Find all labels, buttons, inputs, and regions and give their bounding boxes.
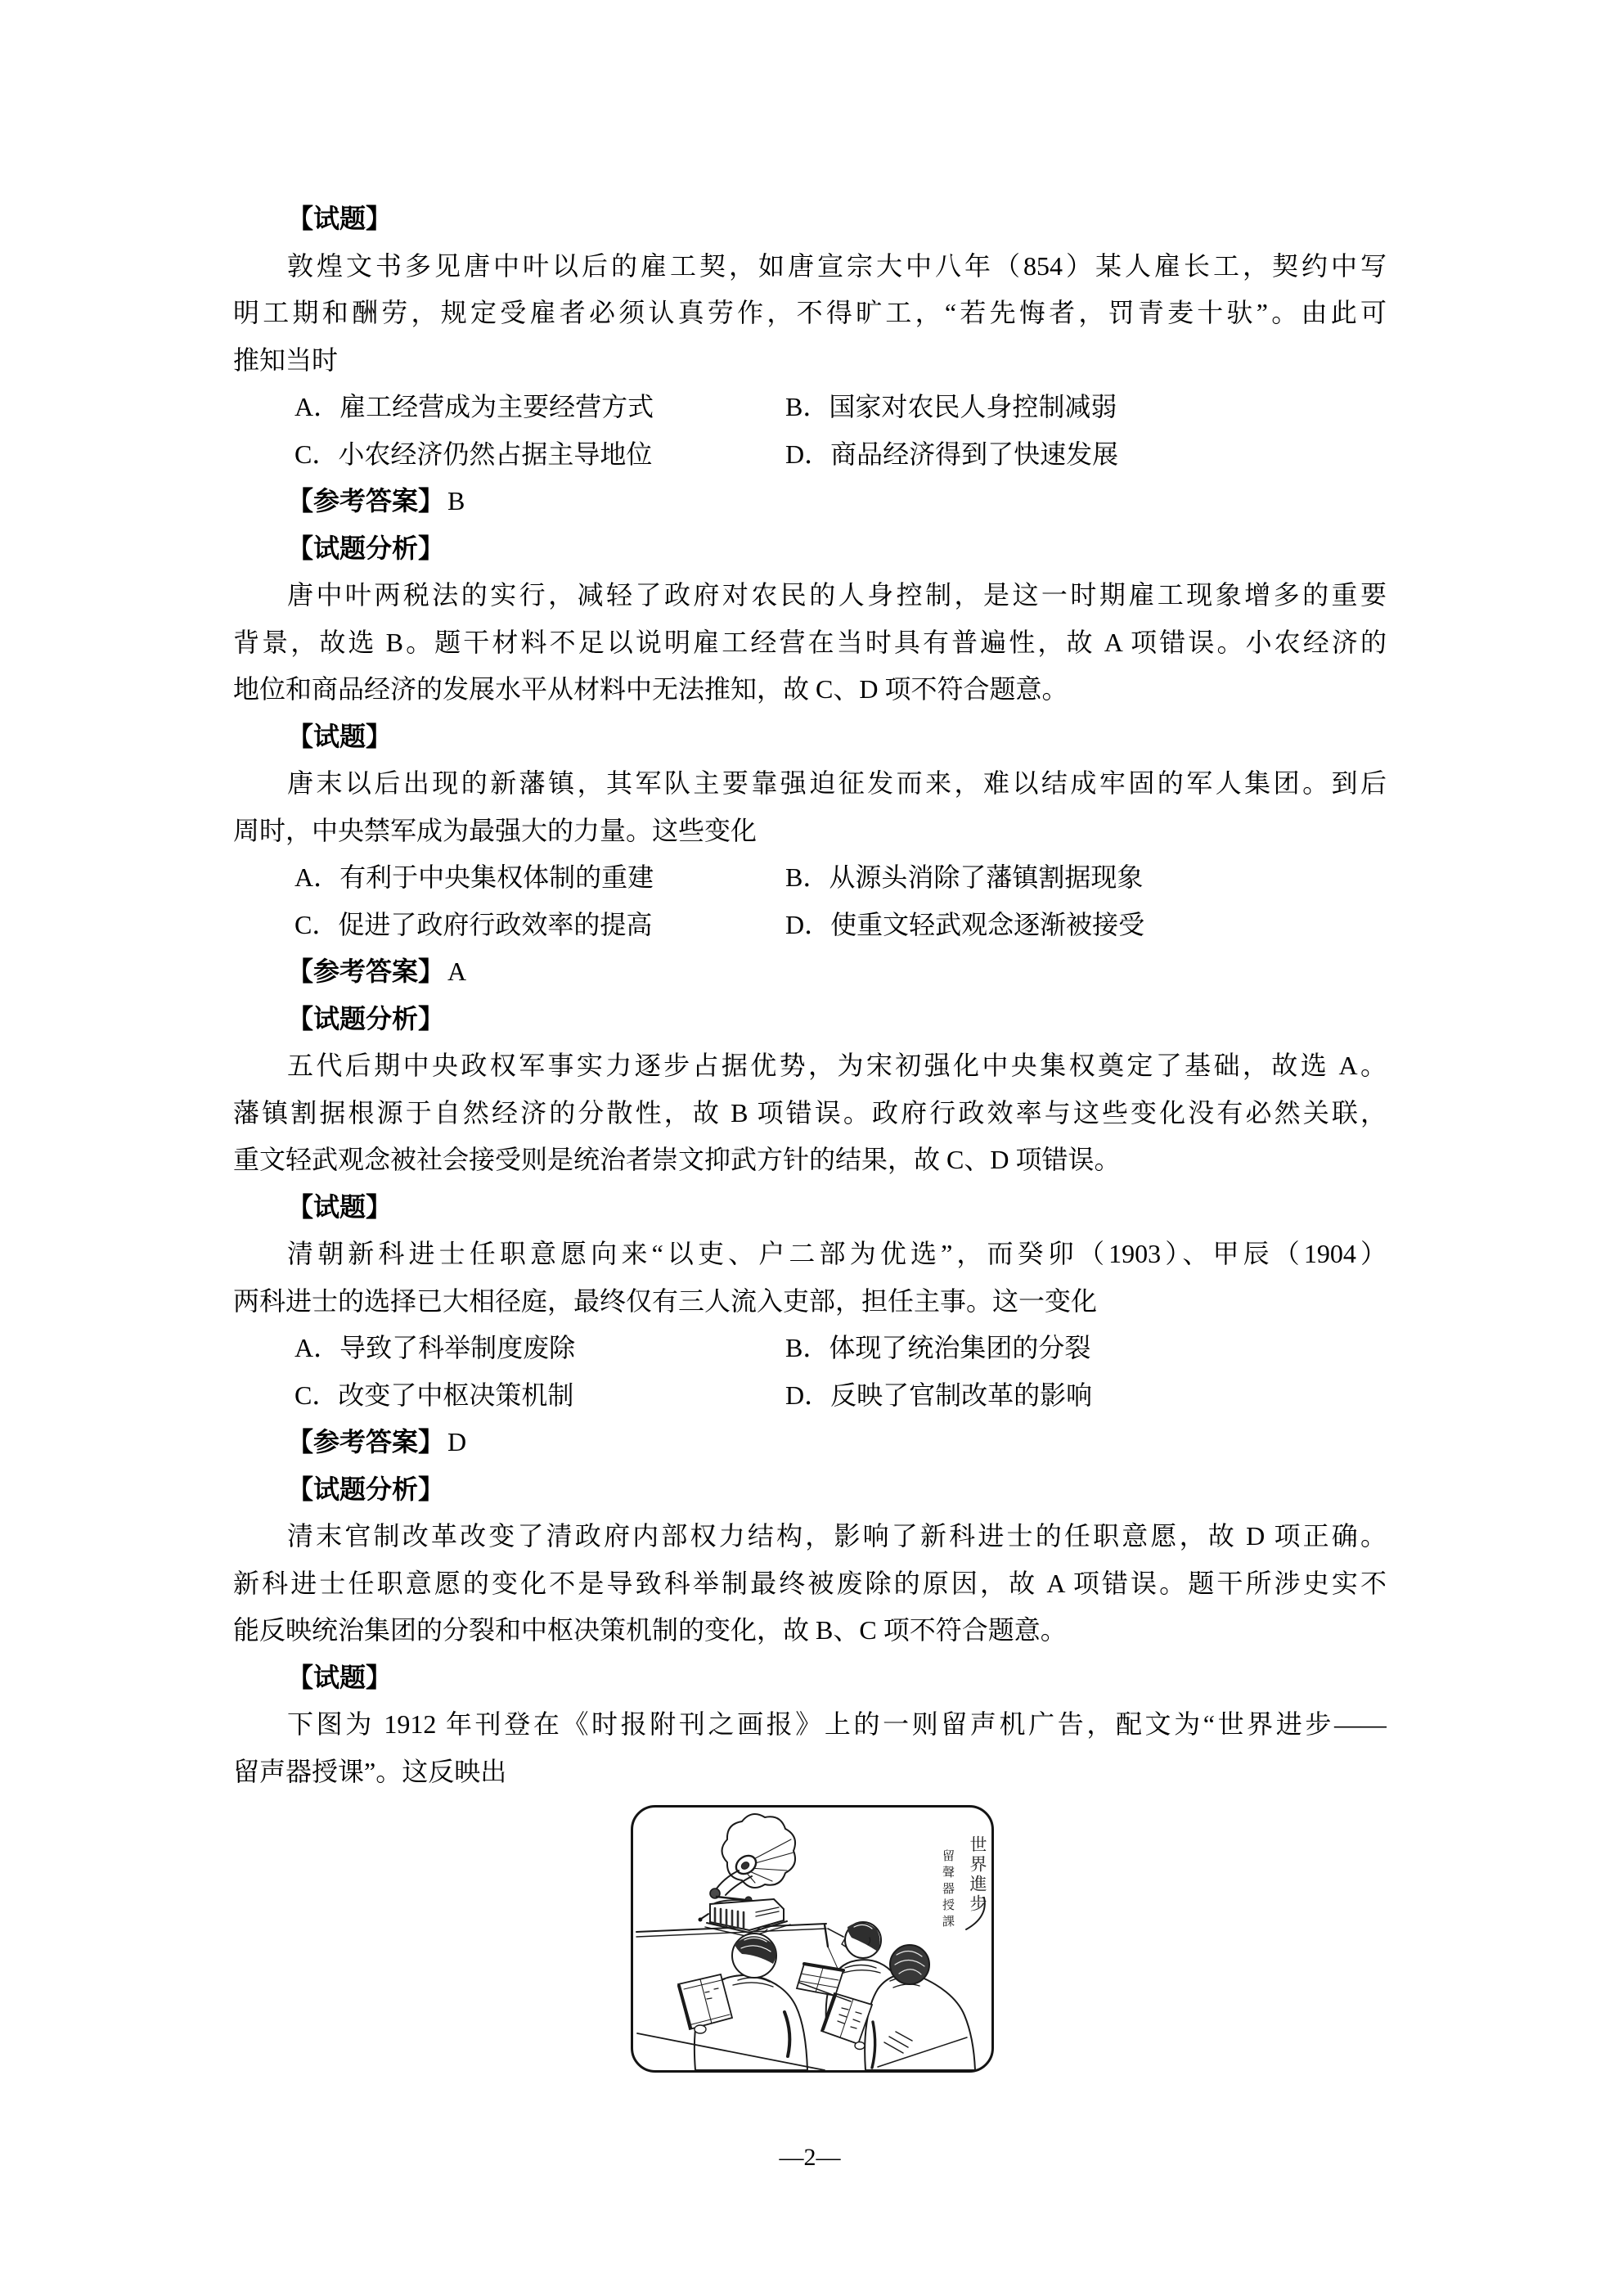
section-heading: 【试题】: [233, 1654, 1387, 1702]
paragraph-line: 两科进士的选择已大相径庭，最终仅有三人流入吏部，担任主事。这一变化: [233, 1278, 1387, 1326]
option-item: D．使重文轻武观念逐渐被接受: [785, 902, 1387, 949]
option-item: C．小农经济仍然占据主导地位: [294, 431, 785, 479]
answer-value: D: [444, 1427, 466, 1456]
paragraph-line: 清末官制改革改变了清政府内部权力结构，影响了新科进士的任职意愿，故 D 项正确。: [233, 1513, 1387, 1560]
advertisement-illustration: 世界進步 留聲器授課: [631, 1805, 994, 2073]
option-item: C．促进了政府行政效率的提高: [294, 902, 785, 949]
options-row: C．小农经济仍然占据主导地位D．商品经济得到了快速发展: [233, 431, 1387, 479]
option-item: B．从源头消除了藩镇割据现象: [785, 854, 1387, 902]
paragraph-line: 五代后期中央政权军事实力逐步占据优势，为宋初强化中央集权奠定了基础，故选 A。: [233, 1042, 1387, 1090]
option-item: A．有利于中央集权体制的重建: [294, 854, 785, 902]
section-heading: 【试题分析】: [233, 525, 1387, 573]
section-heading: 【试题】: [233, 196, 1387, 243]
paragraph-line: 推知当时: [233, 337, 1387, 385]
figure-caption-left: 留聲器授課: [939, 1849, 956, 1931]
option-item: A．雇工经营成为主要经营方式: [294, 384, 785, 431]
section-heading: 【试题分析】: [233, 996, 1387, 1043]
answer-label: 【参考答案】: [287, 486, 444, 515]
section-heading: 【试题分析】: [233, 1466, 1387, 1514]
document-page: 【试题】敦煌文书多见唐中叶以后的雇工契，如唐宣宗大中八年（854）某人雇长工，契…: [0, 0, 1623, 2296]
options-row: C．促进了政府行政效率的提高D．使重文轻武观念逐渐被接受: [233, 902, 1387, 949]
answer-label: 【参考答案】: [287, 957, 444, 986]
answer-label: 【参考答案】: [287, 1427, 444, 1456]
paragraph-line: 清朝新科进士任职意愿向来“以吏、户二部为优选”，而癸卯（1903）、甲辰（190…: [233, 1231, 1387, 1278]
paragraph-line: 下图为 1912 年刊登在《时报附刊之画报》上的一则留声机广告，配文为“世界进步…: [233, 1701, 1387, 1749]
figure-caption-right: 世界進步: [965, 1835, 990, 1914]
answer-line: 【参考答案】A: [233, 948, 1387, 996]
paragraph-line: 藩镇割据根源于自然经济的分散性，故 B 项错误。政府行政效率与这些变化没有必然关…: [233, 1090, 1387, 1137]
option-item: B．体现了统治集团的分裂: [785, 1325, 1387, 1372]
answer-line: 【参考答案】D: [233, 1419, 1387, 1466]
paragraph-line: 能反映统治集团的分裂和中枢决策机制的变化，故 B、C 项不符合题意。: [233, 1607, 1387, 1654]
paragraph-line: 新科进士任职意愿的变化不是导致科举制最终被废除的原因，故 A 项错误。题干所涉史…: [233, 1560, 1387, 1608]
phonograph-classroom-drawing: [633, 1808, 991, 2070]
gramophone: [699, 1814, 796, 1937]
option-item: A．导致了科举制度废除: [294, 1325, 785, 1372]
option-item: D．反映了官制改革的影响: [785, 1372, 1387, 1420]
page-number: —2—: [233, 2145, 1387, 2171]
options-row: C．改变了中枢决策机制D．反映了官制改革的影响: [233, 1372, 1387, 1420]
paragraph-line: 地位和商品经济的发展水平从材料中无法推知，故 C、D 项不符合题意。: [233, 666, 1387, 714]
section-heading: 【试题】: [233, 1184, 1387, 1231]
exam-content: 【试题】敦煌文书多见唐中叶以后的雇工契，如唐宣宗大中八年（854）某人雇长工，契…: [233, 196, 1387, 2073]
book-middle: [797, 1964, 843, 1996]
section-heading: 【试题】: [233, 714, 1387, 761]
paragraph-line: 唐末以后出现的新藩镇，其军队主要靠强迫征发而来，难以结成牢固的军人集团。到后: [233, 760, 1387, 808]
paragraph-line: 背景，故选 B。题干材料不足以说明雇工经营在当时具有普遍性，故 A 项错误。小农…: [233, 619, 1387, 667]
paragraph-line: 唐中叶两税法的实行，减轻了政府对农民的人身控制，是这一时期雇工现象增多的重要: [233, 572, 1387, 619]
paragraph-line: 重文轻武观念被社会接受则是统治者崇文抑武方针的结果，故 C、D 项错误。: [233, 1137, 1387, 1184]
paragraph-line: 留声器授课”。这反映出: [233, 1749, 1387, 1796]
answer-line: 【参考答案】B: [233, 478, 1387, 525]
option-item: D．商品经济得到了快速发展: [785, 431, 1387, 479]
figure-block: 世界進步 留聲器授課: [631, 1805, 1387, 2073]
option-item: B．国家对农民人身控制减弱: [785, 384, 1387, 431]
option-item: C．改变了中枢决策机制: [294, 1372, 785, 1420]
paragraph-line: 周时，中央禁军成为最强大的力量。这些变化: [233, 808, 1387, 855]
paragraph-line: 敦煌文书多见唐中叶以后的雇工契，如唐宣宗大中八年（854）某人雇长工，契约中写: [233, 243, 1387, 290]
answer-value: B: [444, 486, 465, 515]
options-row: A．有利于中央集权体制的重建B．从源头消除了藩镇割据现象: [233, 854, 1387, 902]
options-row: A．导致了科举制度废除B．体现了统治集团的分裂: [233, 1325, 1387, 1372]
paragraph-line: 明工期和酬劳，规定受雇者必须认真劳作，不得旷工，“若先悔者，罚青麦十驮”。由此可: [233, 290, 1387, 337]
answer-value: A: [444, 957, 466, 986]
options-row: A．雇工经营成为主要经营方式B．国家对农民人身控制减弱: [233, 384, 1387, 431]
